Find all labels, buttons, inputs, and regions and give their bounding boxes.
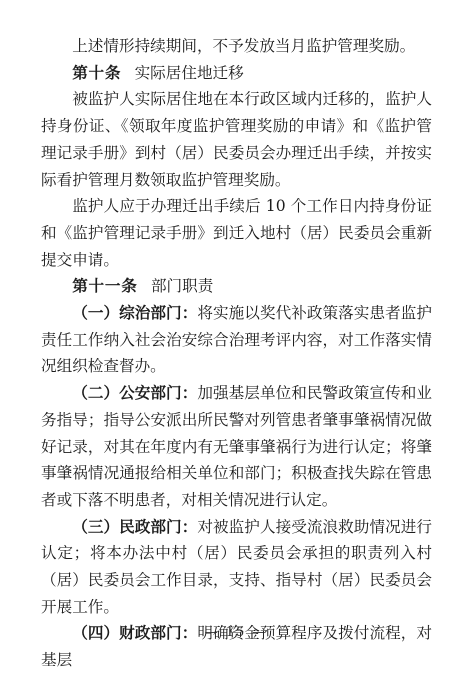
paragraph-text: 监护人应于办理迁出手续后 10 个工作日内持身份证和《监护管理记录手册》到迁入地…: [41, 197, 432, 268]
article-11-heading: 第十一条部门职责: [41, 273, 432, 300]
dept-zongzhi-lead: （一）综治部门：: [72, 303, 197, 322]
article-10-heading: 第十条实际居住地迁移: [41, 60, 432, 87]
article-11-title: 部门职责: [151, 277, 213, 295]
document-page: 上述情形持续期间，不予发放当月监护管理奖励。 第十条实际居住地迁移 被监护人实际…: [0, 0, 472, 689]
paragraph-dept-minzheng: （三）民政部门：对被监护人接受流浪救助情况进行认定；将本办法中村（居）民委员会承…: [41, 514, 432, 621]
paragraph-move-in: 监护人应于办理迁出手续后 10 个工作日内持身份证和《监护管理记录手册》到迁入地…: [41, 193, 432, 273]
paragraph-text: 被监护人实际居住地在本行政区域内迁移的，监护人持身份证、《领取年度监护管理奖励的…: [41, 90, 432, 188]
paragraph-dept-zongzhi: （一）综治部门：将实施以奖代补政策落实患者监护责任工作纳入社会治安综合治理考评内…: [41, 300, 432, 380]
article-11-number: 第十一条: [72, 276, 138, 295]
document-body: 上述情形持续期间，不予发放当月监护管理奖励。 第十条实际居住地迁移 被监护人实际…: [41, 33, 432, 674]
dept-gongan-lead: （二）公安部门：: [72, 383, 197, 402]
paragraph-intro: 上述情形持续期间，不予发放当月监护管理奖励。: [41, 33, 432, 60]
article-10-title: 实际居住地迁移: [135, 64, 244, 82]
paragraph-dept-gongan: （二）公安部门：加强基层单位和民警政策宣传和业务指导；指导公安派出所民警对列管患…: [41, 380, 432, 514]
page-number: — 15 —: [0, 625, 472, 640]
dept-minzheng-lead: （三）民政部门：: [72, 517, 197, 536]
dept-gongan-text: 加强基层单位和民警政策宣传和业务指导；指导公安派出所民警对列管患者肇事肇祸情况做…: [41, 384, 432, 509]
paragraph-text: 上述情形持续期间，不予发放当月监护管理奖励。: [72, 37, 415, 55]
article-10-number: 第十条: [72, 63, 121, 82]
paragraph-move-out: 被监护人实际居住地在本行政区域内迁移的，监护人持身份证、《领取年度监护管理奖励的…: [41, 86, 432, 193]
